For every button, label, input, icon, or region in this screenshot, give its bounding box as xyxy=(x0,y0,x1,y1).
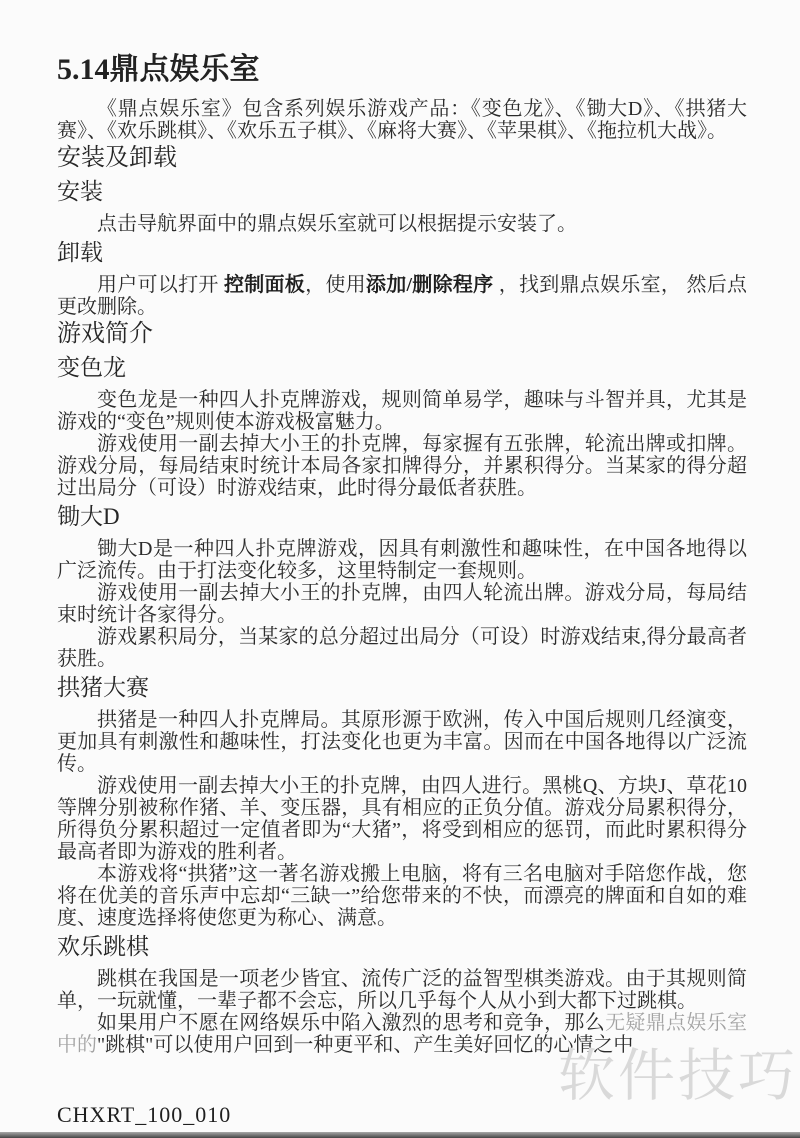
gongzhu-paragraph-3: 本游戏将“拱猪”这一著名游戏搬上电脑，将有三名电脑对手陪您作战，您将在优美的音乐… xyxy=(57,863,747,929)
chudad-paragraph-3: 游戏累积局分，当某家的总分超过出局分（可设）时游戏结束,得分最高者获胜。 xyxy=(57,626,747,670)
chudad-paragraph-2: 游戏使用一副去掉大小王的扑克牌，由四人轮流出牌。游戏分局，每局结束时统计各家得分… xyxy=(57,582,747,626)
gongzhu-paragraph-2: 游戏使用一副去掉大小王的扑克牌，由四人进行。黑桃Q、方块J、草花10等牌分别被称… xyxy=(57,775,747,863)
manual-page: 5.14鼎点娱乐室 《鼎点娱乐室》包含系列娱乐游戏产品：《变色龙》、《锄大D》、… xyxy=(0,0,800,1138)
text-run: "跳棋"可以使用户回到一种更平和、产生美好回忆的心情之中 xyxy=(97,1034,633,1056)
doc-title: 5.14鼎点娱乐室 xyxy=(57,52,747,88)
subsection-heading-uninstall: 卸载 xyxy=(57,240,747,266)
document-content: 5.14鼎点娱乐室 《鼎点娱乐室》包含系列娱乐游戏产品：《变色龙》、《锄大D》、… xyxy=(57,52,747,1056)
text-run: 用户可以打开 xyxy=(97,274,224,296)
bold-run: 控制面板 xyxy=(224,274,305,296)
text-run: 如果用户不愿在网络娱乐中陷入激烈的思考和竞争，那么 xyxy=(97,1012,605,1034)
chameleon-paragraph-1: 变色龙是一种四人扑克牌游戏，规则简单易学，趣味与斗智并具，尤其是游戏的“变色”规… xyxy=(57,389,747,433)
install-paragraph: 点击导航界面中的鼎点娱乐室就可以根据提示安装了。 xyxy=(57,213,747,235)
section-heading-games-intro: 游戏简介 xyxy=(57,320,747,348)
gongzhu-paragraph-1: 拱猪是一种四人扑克牌局。其原形源于欧洲，传入中国后规则几经演变，更加具有刺激性和… xyxy=(57,709,747,775)
game-heading-checkers: 欢乐跳棋 xyxy=(57,934,747,960)
game-heading-chudad: 锄大D xyxy=(57,504,747,530)
game-heading-gongzhu: 拱猪大赛 xyxy=(57,675,747,701)
section-heading-install-uninstall: 安装及卸载 xyxy=(57,144,747,172)
bold-run: 添加/删除程序 xyxy=(366,274,494,296)
footer-code: CHXRT_100_010 xyxy=(57,1102,231,1128)
chudad-paragraph-1: 锄大D是一种四人扑克牌游戏，因具有刺激性和趣味性，在中国各地得以广泛流传。由于打… xyxy=(57,538,747,582)
uninstall-paragraph: 用户可以打开 控制面板，使用添加/删除程序 ，找到鼎点娱乐室， 然后点更改删除。 xyxy=(57,274,747,318)
checkers-paragraph-1: 跳棋在我国是一项老少皆宜、流传广泛的益智型棋类游戏。由于其规则简单，一玩就懂，一… xyxy=(57,968,747,1012)
chameleon-paragraph-2: 游戏使用一副去掉大小王的扑克牌，每家握有五张牌，轮流出牌或扣牌。游戏分局，每局结… xyxy=(57,433,747,499)
text-run: ，使用 xyxy=(305,274,366,296)
scan-edge-bar xyxy=(0,1132,800,1138)
watermark: 软件技巧 xyxy=(558,1046,798,1106)
game-heading-chameleon: 变色龙 xyxy=(57,355,747,381)
subsection-heading-install: 安装 xyxy=(57,179,747,205)
intro-paragraph: 《鼎点娱乐室》包含系列娱乐游戏产品：《变色龙》、《锄大D》、《拱猪大赛》、《欢乐… xyxy=(57,98,747,142)
